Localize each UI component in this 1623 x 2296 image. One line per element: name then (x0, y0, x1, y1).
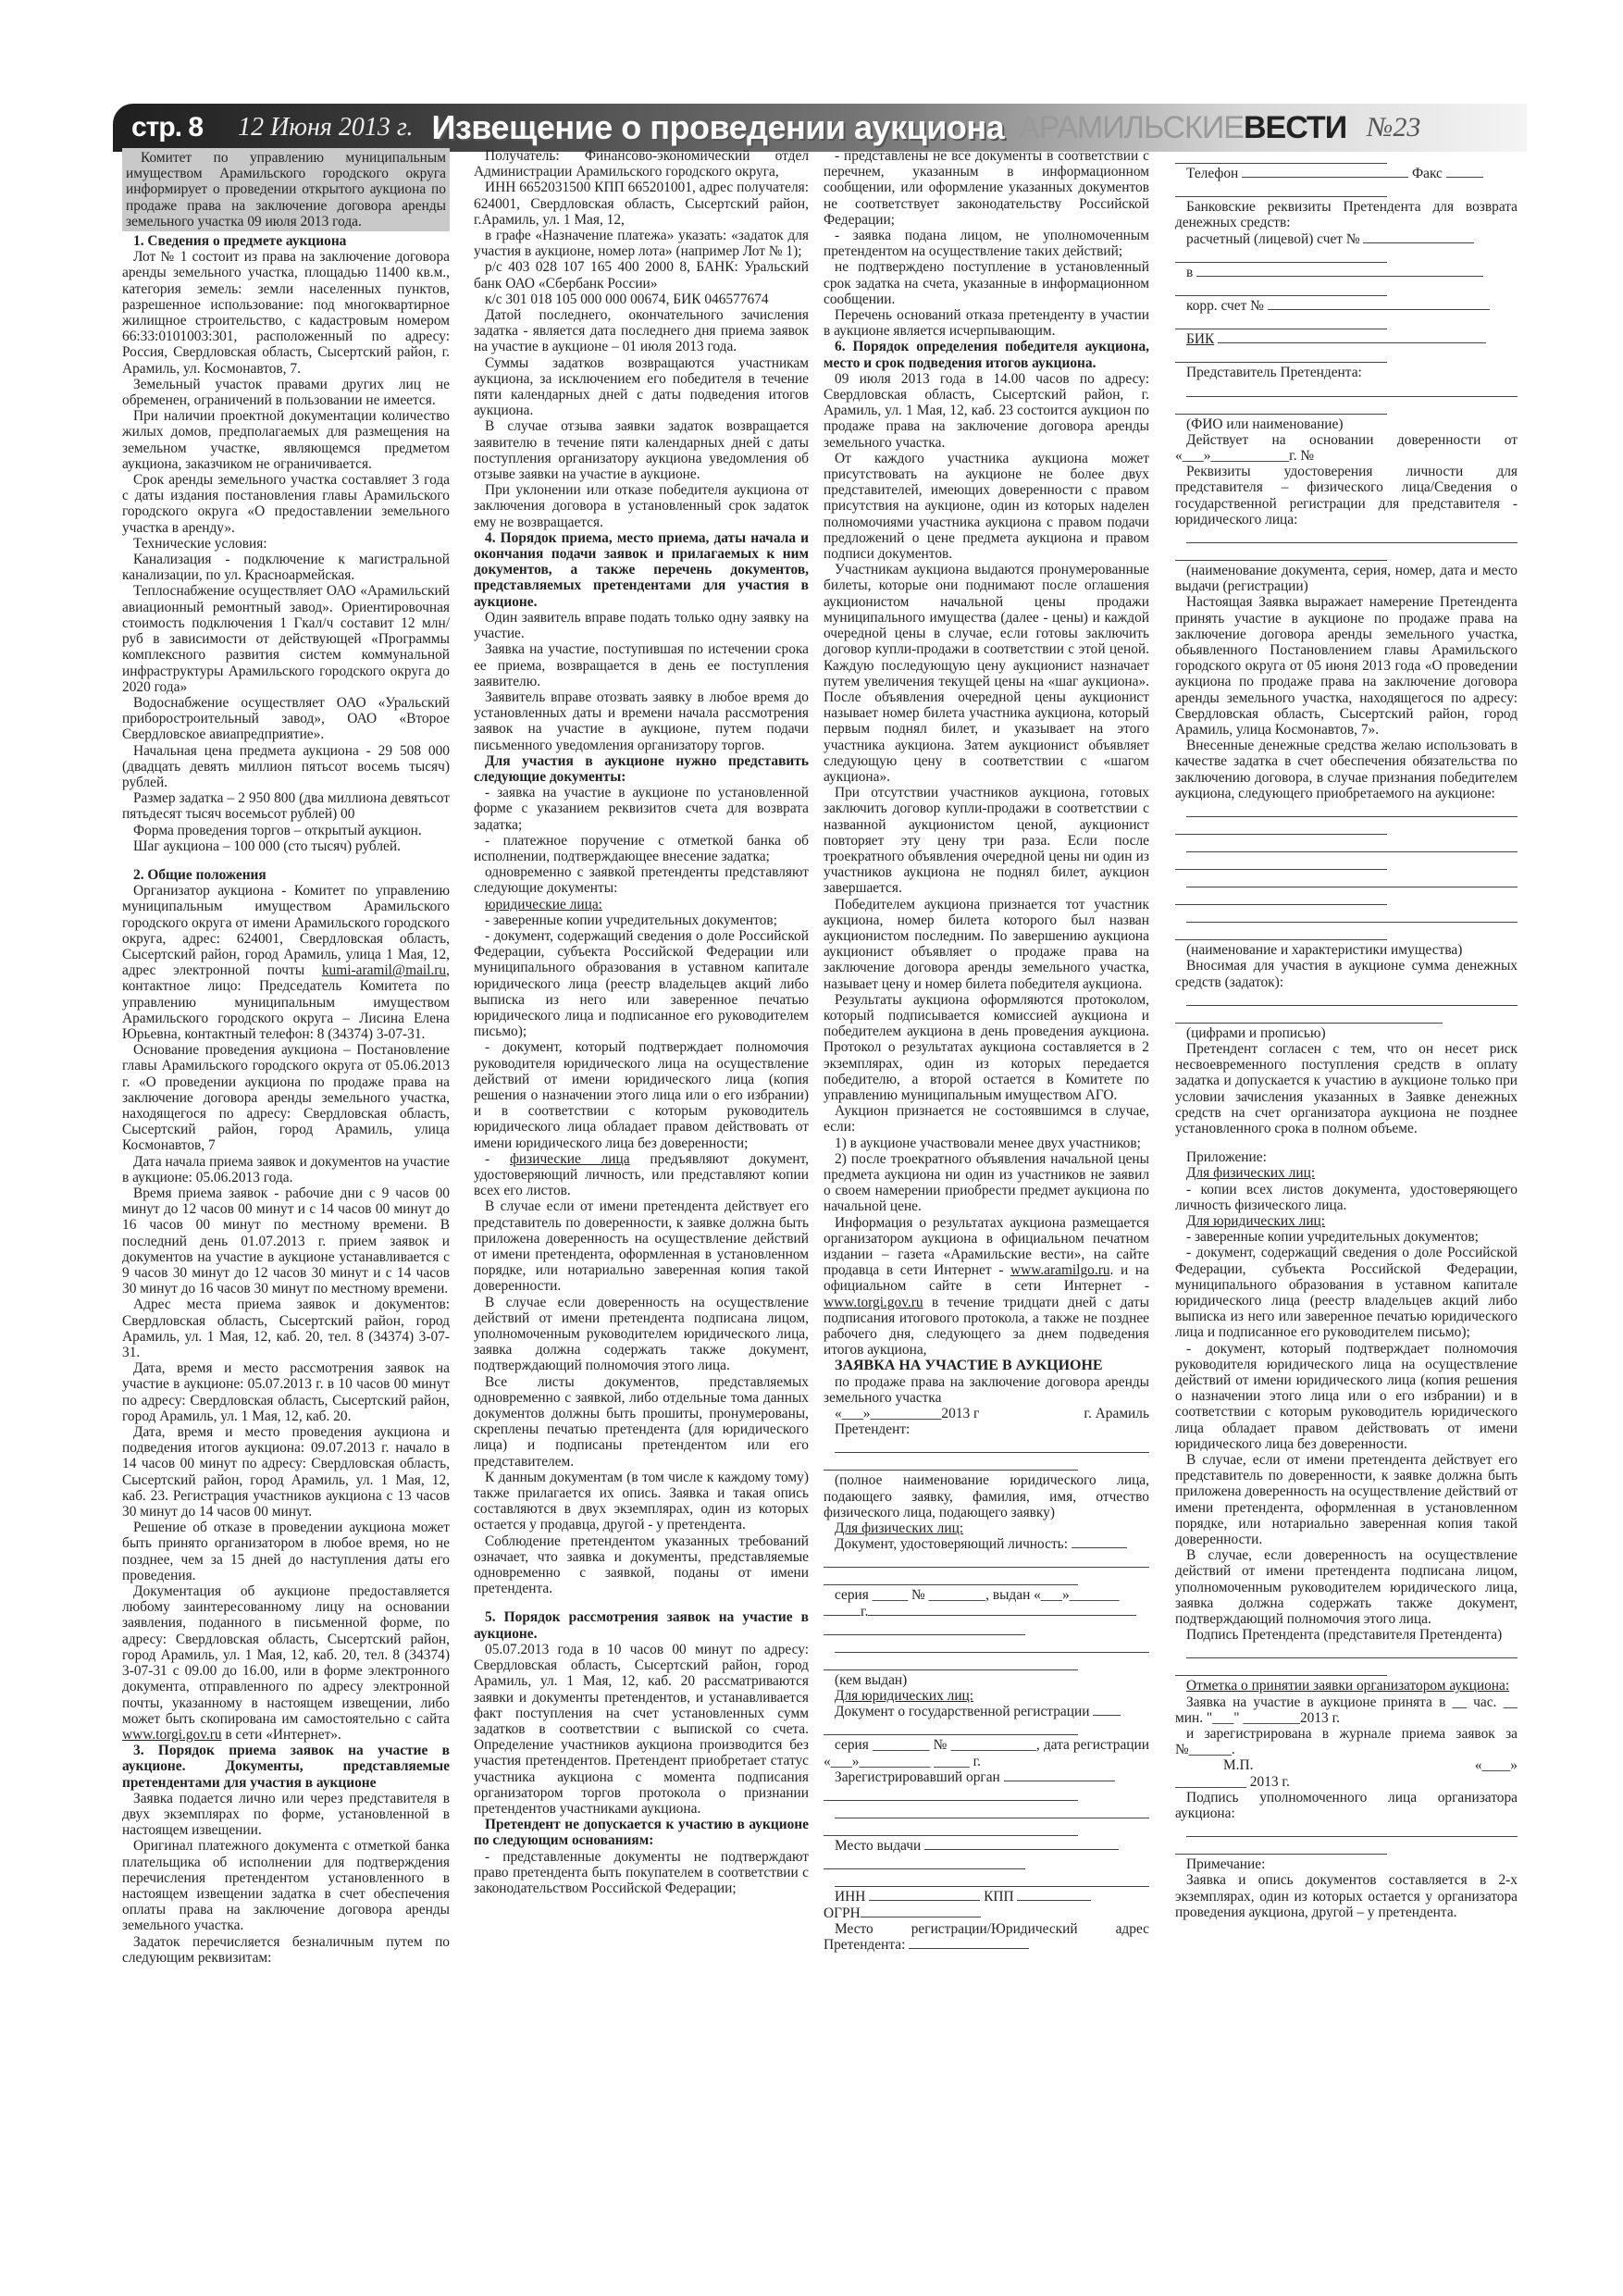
paragraph: Участникам аукциона выдаются пронумерова… (824, 562, 1149, 785)
blank-line[interactable] (835, 1803, 1149, 1818)
accepted-time-field[interactable]: Заявка на участие в аукционе принята в _… (1175, 1694, 1518, 1726)
label: Для физических лиц: (824, 1520, 1149, 1536)
issue-place-field[interactable]: Место выдачи (824, 1838, 1149, 1854)
blank-line[interactable] (824, 1785, 1078, 1801)
list-item: - заверенные копии учредительных докумен… (474, 912, 809, 928)
paragraph: Дата, время и место рассмотрения заявок … (122, 1360, 450, 1424)
signature-field[interactable] (1186, 1643, 1518, 1658)
list-item: - документ, содержащий сведения о доле Р… (474, 928, 809, 1039)
blank-line[interactable] (1175, 280, 1387, 296)
paragraph: Все листы документов, представляемых одн… (474, 1374, 809, 1470)
blank-line[interactable] (1175, 925, 1387, 940)
paragraph: Заявка на участие, поступившая по истече… (474, 641, 809, 689)
section-heading: 3. Порядок приема заявок на участие в ау… (122, 1743, 450, 1791)
paragraph: 09 июля 2013 года в 14.00 часов по адрес… (824, 371, 1149, 451)
label: Для физических лиц: (1175, 1165, 1518, 1181)
blank-line[interactable] (1186, 527, 1518, 543)
field-label: Представитель Претендента: (1175, 365, 1518, 380)
paragraph: Вносимая для участия в аукционе сумма де… (1175, 958, 1518, 989)
registration-number-field[interactable]: и зарегистрирована в журнале приема заяв… (1175, 1726, 1518, 1757)
ogrn-field[interactable]: ОГРН (824, 1905, 1149, 1921)
paragraph: Задаток перечисляется безналичным путем … (122, 1934, 450, 1966)
corr-account-field[interactable]: корр. счет № (1175, 298, 1518, 314)
paragraph: Заявитель вправе отозвать заявку в любое… (474, 689, 809, 753)
deposit-sum-field[interactable] (1186, 990, 1518, 1006)
phone-fax-field[interactable]: Телефон Факс (1175, 166, 1518, 181)
column-2: Получатель: Финансово-экономический отде… (474, 148, 809, 1896)
paragraph: К данным документам (в том числе к каждо… (474, 1470, 809, 1533)
intro-box: Комитет по управлению муниципальным имущ… (122, 148, 450, 231)
blank-line[interactable] (1175, 1008, 1443, 1024)
rep-field[interactable] (1186, 381, 1518, 397)
section-heading: 5. Порядок рассмотрения заявок на участи… (474, 1609, 809, 1641)
blank-line[interactable] (1175, 347, 1387, 363)
paragraph: Канализация - подключение к магистрально… (122, 552, 450, 583)
blank-line[interactable] (835, 1637, 1149, 1653)
issue-date: 12 Июня 2013 г. (238, 113, 413, 143)
blank-line[interactable] (1175, 314, 1387, 329)
id-doc-field[interactable]: Документ, удостоверяющий личность: (824, 1536, 1149, 1552)
paragraph: одновременно с заявкой претенденты предс… (474, 864, 809, 896)
paragraph: Оригинал платежного документа с отметкой… (122, 1838, 450, 1933)
blank-line[interactable] (824, 1620, 1025, 1635)
label: юридические лица: (474, 897, 809, 912)
list-item: - копии всех листов документа, удостовер… (1175, 1182, 1518, 1213)
form-subtitle: по продаже права на заключение договора … (824, 1374, 1149, 1406)
section-heading: 2. Общие положения (122, 867, 450, 883)
field-hint: (цифрами и прописью) (1175, 1025, 1518, 1041)
blank-line[interactable] (1186, 872, 1518, 887)
appendix-heading: Приложение: (1175, 1149, 1518, 1165)
deposit-amount: Размер задатка – 2 950 800 (два миллиона… (122, 790, 450, 822)
paragraph: Претендент согласен с тем, что он несет … (1175, 1041, 1518, 1136)
subheading: Претендент не допускается к участию в ау… (474, 1817, 809, 1848)
paragraph: Адрес места приема заявок и документов: … (122, 1297, 450, 1360)
list-item: 1) в аукционе участвовали менее двух уча… (824, 1136, 1149, 1151)
paragraph: в графе «Назначение платежа» указать: «з… (474, 228, 809, 259)
section-heading: 1. Сведения о предмете аукциона (122, 233, 450, 249)
paragraph: От каждого участника аукциона может прис… (824, 451, 1149, 562)
list-item: - документ, который подтверждает полномо… (1175, 1341, 1518, 1452)
blank-line[interactable] (824, 1820, 1078, 1836)
blank-line[interactable] (1186, 907, 1518, 923)
paragraph: Основание проведения аукциона – Постанов… (122, 1042, 450, 1153)
property-field[interactable] (1186, 801, 1518, 817)
paragraph: Время приема заявок - рабочие дни с 9 ча… (122, 1185, 450, 1297)
blank-line[interactable] (1175, 854, 1387, 870)
power-of-attorney-field[interactable]: Действует на основании доверенности от «… (1175, 432, 1518, 464)
paragraph: Результаты аукциона оформляются протокол… (824, 992, 1149, 1103)
issue-number: №23 (1367, 112, 1420, 143)
blank-line[interactable] (1175, 181, 1387, 197)
blank-line[interactable] (824, 1552, 1149, 1568)
field-hint: (наименование и характеристики имущества… (1175, 942, 1518, 958)
blank-line[interactable] (824, 1719, 1078, 1735)
list-item: - заверенные копии учредительных докумен… (1175, 1229, 1518, 1245)
bank-account: р/с 403 028 107 165 400 2000 8, БАНК: Ур… (474, 259, 809, 291)
reg-doc-field[interactable]: Документ о государственной регистрации (824, 1704, 1149, 1719)
paragraph: ИНН 6652031500 КПП 665201001, адрес полу… (474, 180, 809, 228)
paragraph: Победителем аукциона признается тот учас… (824, 897, 1149, 992)
column-3: - представлены не все документы в соотве… (824, 148, 1149, 1953)
aramilgo-link[interactable]: www.aramilgo.ru (1010, 1262, 1110, 1278)
paragraph: Суммы задатков возвращаются участникам а… (474, 355, 809, 419)
field-hint: (полное наименование юридического лица, … (824, 1472, 1149, 1520)
paragraph: В случае если от имени претендента дейст… (474, 1198, 809, 1294)
list-item: - документ, который подтверждает полномо… (474, 1039, 809, 1150)
paragraph: Водоснабжение осуществляет ОАО «Уральски… (122, 695, 450, 743)
paragraph: Форма проведения торгов – открытый аукци… (122, 823, 450, 838)
paragraph: Один заявитель вправе подать только одну… (474, 610, 809, 641)
paragraph: Земельный участок правами других лиц не … (122, 377, 450, 408)
auction-step: Шаг аукциона – 100 000 (сто тысяч) рубле… (122, 838, 450, 854)
paragraph: В случае если доверенность на осуществле… (474, 1295, 809, 1374)
paragraph: Получатель: Финансово-экономический отде… (474, 148, 809, 180)
blank-line[interactable] (824, 1854, 1025, 1869)
note-text: Заявка и опись документов составляется в… (1175, 1872, 1518, 1920)
paragraph: Банковские реквизиты Претендента для воз… (1175, 199, 1518, 230)
paragraph: При отсутствии участников аукциона, гото… (824, 785, 1149, 896)
blank-line[interactable] (1175, 148, 1387, 164)
paragraph: Организатор аукциона - Комитет по управл… (122, 883, 450, 1042)
paragraph: Решение об отказе в проведении аукциона … (122, 1520, 450, 1583)
paragraph: 05.07.2013 года в 10 часов 00 минут по а… (474, 1642, 809, 1817)
paragraph: Документация об аукционе предоставляется… (122, 1583, 450, 1743)
applicant-field-2[interactable] (824, 1455, 1078, 1471)
paragraph: Соблюдение претендентом указанных требов… (474, 1533, 809, 1597)
blank-line[interactable] (1175, 1660, 1387, 1676)
label: Для юридических лиц: (1175, 1213, 1518, 1229)
field-label: Претендент: (824, 1421, 1149, 1437)
blank-line[interactable] (824, 1655, 1078, 1670)
paragraph: Внесенные денежные средства желаю исполь… (1175, 738, 1518, 801)
column-1: Комитет по управлению муниципальным имущ… (122, 148, 450, 1966)
label: Для юридических лиц: (824, 1688, 1149, 1704)
paragraph: В случае, если доверенность на осуществл… (1175, 1547, 1518, 1627)
field-hint: (кем выдан) (824, 1672, 1149, 1688)
reg-body-field[interactable]: Зарегистрировавший орган (824, 1769, 1149, 1785)
blank-line[interactable] (1175, 889, 1387, 905)
org-signature-field[interactable] (1186, 1821, 1518, 1837)
blank-line[interactable]: г. (824, 1604, 1149, 1620)
list-item: - заявка подана лицом, не уполномоченным… (824, 228, 1149, 259)
blank-line[interactable] (1175, 399, 1387, 415)
passport-series-field[interactable]: серия _____ № ________, выдан «___»_____… (824, 1587, 1149, 1603)
form-date-field[interactable]: «___»__________2013 г (824, 1406, 979, 1421)
address-field[interactable]: Место регистрации/Юридический адрес Прет… (824, 1921, 1149, 1953)
blank-line[interactable] (1175, 247, 1387, 263)
list-item: - представлены не все документы в соотве… (824, 148, 1149, 228)
list-item: - заявка на участие в аукционе по устано… (474, 785, 809, 833)
paragraph: При уклонении или отказе победителя аукц… (474, 482, 809, 530)
bank-name-field[interactable]: в (1175, 265, 1518, 280)
list-item: - документ, содержащий сведения о доле Р… (1175, 1245, 1518, 1340)
reg-series-field[interactable]: серия ________ № ____________, дата реги… (824, 1737, 1149, 1769)
field-hint: (наименование документа, серия, номер, д… (1175, 563, 1518, 594)
paragraph: Дата, время и место проведения аукциона … (122, 1424, 450, 1520)
section-heading: 6. Порядок определения победителя аукцио… (824, 339, 1149, 370)
paragraph: Заявка подается лично или через представ… (122, 1791, 450, 1839)
paragraph: Теплоснабжение осуществляет ОАО «Арамиль… (122, 583, 450, 694)
note-heading: Примечание: (1175, 1856, 1518, 1872)
email-link[interactable]: kumi-aramil@mail.ru (322, 962, 446, 978)
subheading: Для участия в аукционе нужно представить… (474, 753, 809, 785)
inn-kpp-field[interactable]: ИНН КПП (824, 1889, 1149, 1905)
form-date-line: «___»__________2013 гг. Арамиль (824, 1406, 1149, 1421)
label: Отметка о принятии заявки организатором … (1175, 1678, 1518, 1694)
field-hint: (ФИО или наименование) (1175, 416, 1518, 432)
list-item: - представленные документы не подтвержда… (474, 1849, 809, 1897)
paragraph: Аукцион признается не состоявшимся в слу… (824, 1103, 1149, 1135)
blank-line[interactable] (1175, 819, 1387, 835)
page-title: Извещение о проведении аукциона (432, 108, 1005, 147)
stamp-year[interactable]: __________ 2013 г. (1175, 1774, 1518, 1790)
form-title: ЗАЯВКА НА УЧАСТИЕ В АУКЦИОНЕ (824, 1358, 1149, 1373)
starting-price: Начальная цена предмета аукциона - 29 50… (122, 743, 450, 791)
blank-line[interactable] (1175, 545, 1387, 561)
list-item: не подтверждено поступление в установлен… (824, 259, 1149, 307)
list-item: 2) после троекратного объявления начальн… (824, 1151, 1149, 1215)
list-item: - платежное поручение с отметкой банка о… (474, 833, 809, 864)
torgi-link[interactable]: www.torgi.gov.ru (122, 1727, 222, 1743)
page-header: стр. 8 12 Июня 2013 г. Извещение о прове… (113, 104, 1527, 152)
blank-line[interactable] (835, 1871, 1149, 1887)
paragraph: В случае отзыва заявки задаток возвращае… (474, 418, 809, 482)
page-number: стр. 8 (131, 112, 203, 143)
column-4: Телефон Факс Банковские реквизиты Претен… (1175, 148, 1518, 1920)
stamp-line: М.П.«____» (1175, 1757, 1518, 1773)
applicant-field[interactable] (835, 1437, 1149, 1453)
paragraph: Настоящая Заявка выражает намерение Прет… (1175, 594, 1518, 738)
paragraph: Датой последнего, окончательного зачисле… (474, 307, 809, 355)
paragraph: Информация о результатах аукциона размещ… (824, 1215, 1149, 1359)
blank-line[interactable] (1175, 1839, 1387, 1855)
field-label: Подпись Претендента (представителя Прете… (1175, 1627, 1518, 1643)
paragraph: При наличии проектной документации колич… (122, 408, 450, 472)
list-item: - физические лица предъявляют документ, … (474, 1151, 809, 1199)
paragraph: Срок аренды земельного участка составляе… (122, 472, 450, 536)
field-label: Подпись уполномоченного лица организатор… (1175, 1790, 1518, 1821)
paragraph: Реквизиты удостоверения личности для пре… (1175, 464, 1518, 527)
paragraph: В случае, если от имени претендента дейс… (1175, 1452, 1518, 1547)
paragraph: Технические условия: (122, 536, 450, 552)
paragraph: Лот № 1 состоит из права на заключение д… (122, 249, 450, 377)
blank-line[interactable] (824, 1570, 1078, 1585)
paragraph: Перечень оснований отказа претенденту в … (824, 307, 1149, 339)
account-field[interactable]: расчетный (лицевой) счет № (1175, 231, 1518, 247)
bank-bik: к/с 301 018 105 000 000 00674, БИК 04657… (474, 292, 809, 307)
newspaper-logo: АРАМИЛЬСКИЕВЕСТИ (1019, 110, 1346, 146)
paragraph: Дата начала приема заявок и документов н… (122, 1154, 450, 1185)
bik-field[interactable]: БИК (1175, 331, 1518, 347)
torgi-link[interactable]: www.torgi.gov.ru (824, 1295, 923, 1310)
section-heading: 4. Порядок приема, место приема, даты на… (474, 530, 809, 610)
blank-line[interactable] (1186, 837, 1518, 852)
